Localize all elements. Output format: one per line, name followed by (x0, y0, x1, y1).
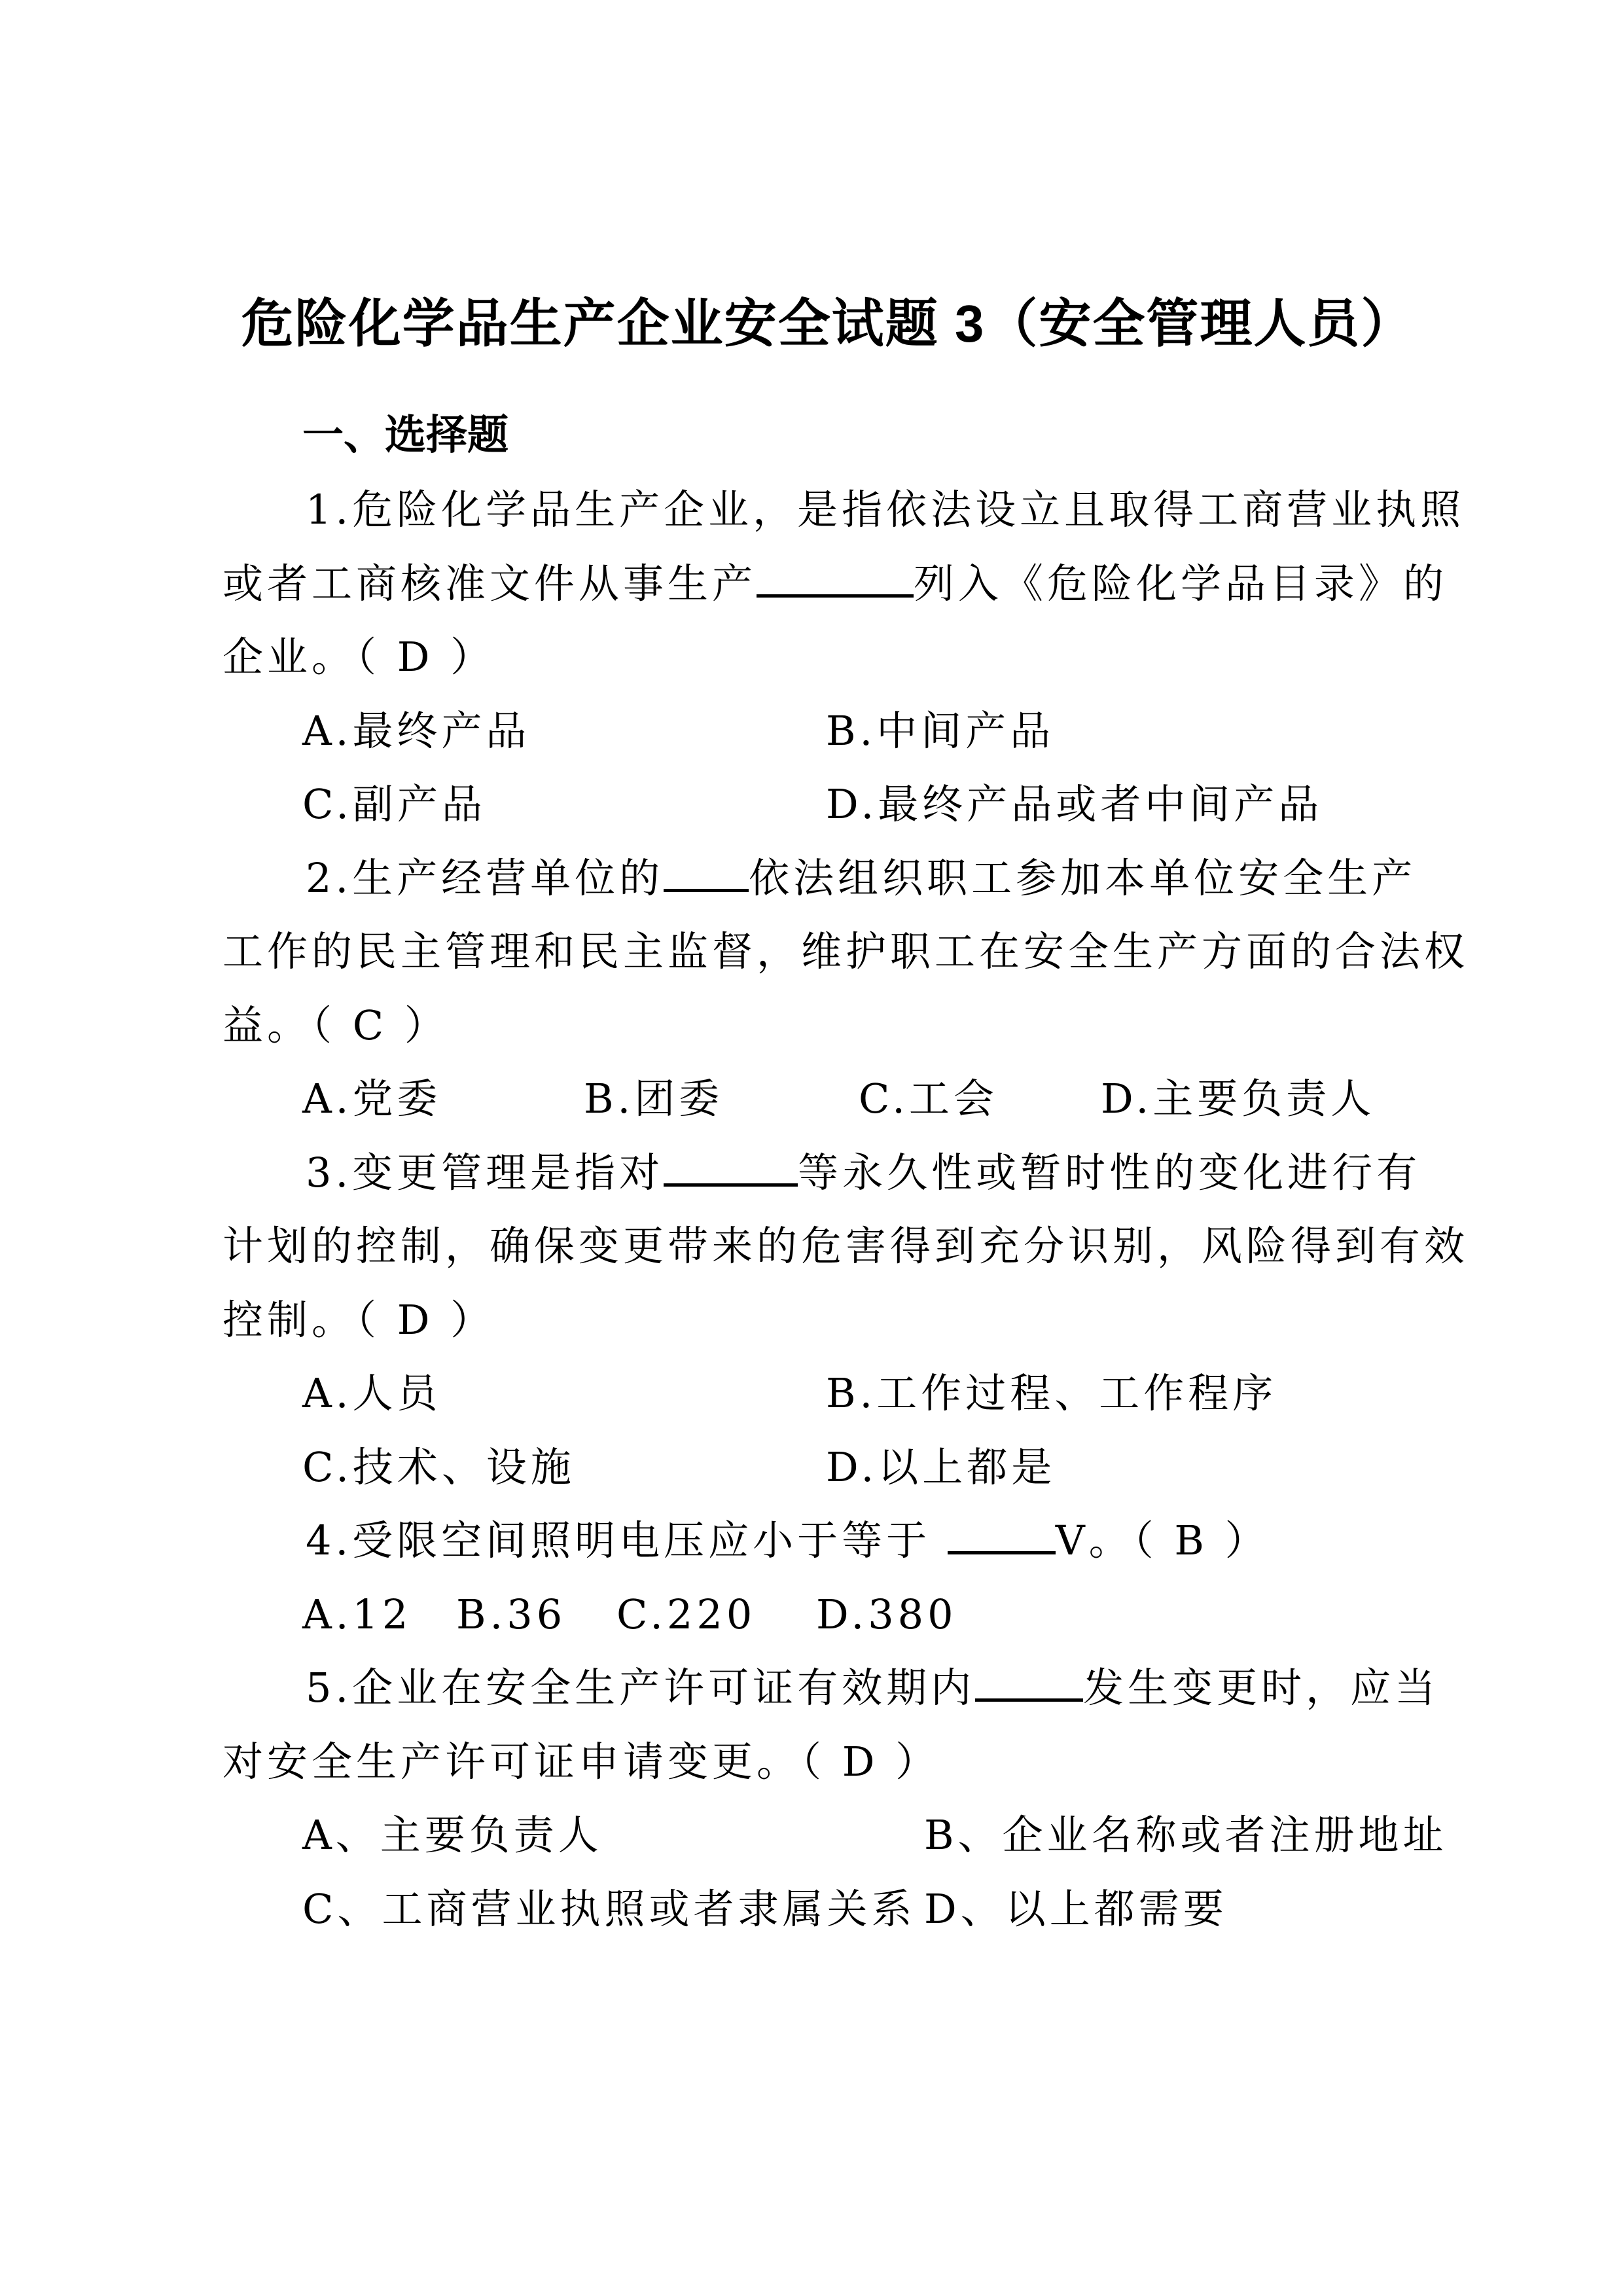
option: A.12 (302, 1578, 456, 1652)
option-row: A.人员B.工作过程、工作程序 (223, 1357, 1433, 1431)
stem-text: 3.变更管理是指对 (306, 1149, 664, 1196)
blank-underline (664, 1149, 798, 1187)
option-row: C.副产品D.最终产品或者中间产品 (223, 768, 1433, 842)
stem-text: 依法组织职工参加本单位安全生产 (749, 854, 1416, 902)
option-row: A.最终产品B.中间产品 (223, 694, 1433, 768)
option: D.380 (816, 1578, 957, 1652)
stem-line: 计划的控制，确保变更带来的危害得到充分识别，风险得到有效 (223, 1210, 1433, 1283)
stem-line: 1.危险化学品生产企业，是指依法设立且取得工商营业执照 (223, 473, 1433, 547)
question-2: 2.生产经营单位的依法组织职工参加本单位安全生产工作的民主管理和民主监督，维护职… (223, 842, 1433, 1136)
option: B、企业名称或者注册地址 (924, 1799, 1448, 1873)
blank-underline (664, 855, 749, 892)
option: C、工商营业执照或者隶属关系 (302, 1873, 924, 1946)
blank-underline (948, 1517, 1056, 1554)
option: D.以上都是 (826, 1431, 1056, 1505)
stem-line: 5.企业在安全生产许可证有效期内发生变更时，应当 (223, 1651, 1433, 1725)
stem-text: 计划的控制，确保变更带来的危害得到充分识别，风险得到有效 (223, 1222, 1469, 1270)
stem-text: 对安全生产许可证申请变更。（ D ） (223, 1738, 940, 1785)
stem-text: 控制。（ D ） (223, 1296, 495, 1344)
stem-line: 2.生产经营单位的依法组织职工参加本单位安全生产 (223, 842, 1433, 916)
stem-text: 或者工商核准文件从事生产 (223, 560, 757, 607)
option: A.人员 (302, 1357, 826, 1431)
page-title: 危险化学品生产企业安全试题 3（安全管理人员） (223, 288, 1433, 360)
stem-line: 对安全生产许可证申请变更。（ D ） (223, 1725, 1433, 1799)
stem-text: 2.生产经营单位的 (306, 854, 664, 902)
option: C.技术、设施 (302, 1431, 826, 1505)
stem-line: 益。（ C ） (223, 989, 1433, 1063)
option-row: A.党委B.团委C.工会D.主要负责人 (223, 1062, 1433, 1136)
option: A.最终产品 (302, 694, 826, 768)
option: D、以上都需要 (924, 1873, 1228, 1946)
stem-line: 3.变更管理是指对等永久性或暂时性的变化进行有 (223, 1136, 1433, 1210)
stem-text: 1.危险化学品生产企业，是指依法设立且取得工商营业执照 (306, 486, 1465, 533)
stem-text: 发生变更时，应当 (1083, 1664, 1439, 1712)
option: D.最终产品或者中间产品 (826, 768, 1323, 842)
stem-line: 控制。（ D ） (223, 1283, 1433, 1357)
option: D.主要负责人 (1101, 1062, 1375, 1136)
stem-line: 4.受限空间照明电压应小于等于 V。（ B ） (223, 1504, 1433, 1578)
option-row: A、主要负责人B、企业名称或者注册地址 (223, 1799, 1433, 1873)
option-row: C、工商营业执照或者隶属关系D、以上都需要 (223, 1873, 1433, 1946)
questions: 1.危险化学品生产企业，是指依法设立且取得工商营业执照或者工商核准文件从事生产列… (223, 473, 1433, 1946)
option-row: A.12B.36C.220D.380 (223, 1578, 1433, 1652)
stem-line: 或者工商核准文件从事生产列入《危险化学品目录》的 (223, 547, 1433, 621)
option-row: C.技术、设施D.以上都是 (223, 1431, 1433, 1505)
stem-line: 企业。（ D ） (223, 620, 1433, 694)
question-5: 5.企业在安全生产许可证有效期内发生变更时，应当对安全生产许可证申请变更。（ D… (223, 1651, 1433, 1946)
option: A、主要负责人 (302, 1799, 924, 1873)
stem-text: 工作的民主管理和民主监督，维护职工在安全生产方面的合法权 (223, 927, 1469, 975)
document-page: 危险化学品生产企业安全试题 3（安全管理人员） 一、选择题 1.危险化学品生产企… (0, 0, 1623, 1946)
section-heading: 一、选择题 (223, 404, 1433, 467)
question-3: 3.变更管理是指对等永久性或暂时性的变化进行有计划的控制，确保变更带来的危害得到… (223, 1136, 1433, 1505)
stem-text: 列入《危险化学品目录》的 (914, 560, 1448, 607)
option: C.副产品 (302, 768, 826, 842)
stem-text: 企业。（ D ） (223, 633, 495, 681)
question-4: 4.受限空间照明电压应小于等于 V。（ B ）A.12B.36C.220D.38… (223, 1504, 1433, 1651)
option: C.工会 (859, 1062, 1101, 1136)
blank-underline (757, 560, 914, 598)
option: A.党委 (302, 1062, 584, 1136)
option: B.工作过程、工作程序 (826, 1357, 1277, 1431)
question-1: 1.危险化学品生产企业，是指依法设立且取得工商营业执照或者工商核准文件从事生产列… (223, 473, 1433, 842)
stem-text: 等永久性或暂时性的变化进行有 (798, 1149, 1421, 1196)
stem-text: 4.受限空间照明电压应小于等于 (306, 1516, 948, 1564)
option: B.团委 (584, 1062, 859, 1136)
stem-text: 5.企业在安全生产许可证有效期内 (306, 1664, 975, 1712)
exam-document: { "page": { "title": "危险化学品生产企业安全试题 3（安全… (0, 0, 1623, 2296)
option: C.220 (616, 1578, 816, 1652)
stem-text: 益。（ C ） (223, 1001, 449, 1049)
stem-line: 工作的民主管理和民主监督，维护职工在安全生产方面的合法权 (223, 915, 1433, 989)
blank-underline (975, 1664, 1083, 1702)
stem-text: V。（ B ） (1056, 1516, 1270, 1564)
option: B.中间产品 (826, 694, 1054, 768)
option: B.36 (456, 1578, 616, 1652)
